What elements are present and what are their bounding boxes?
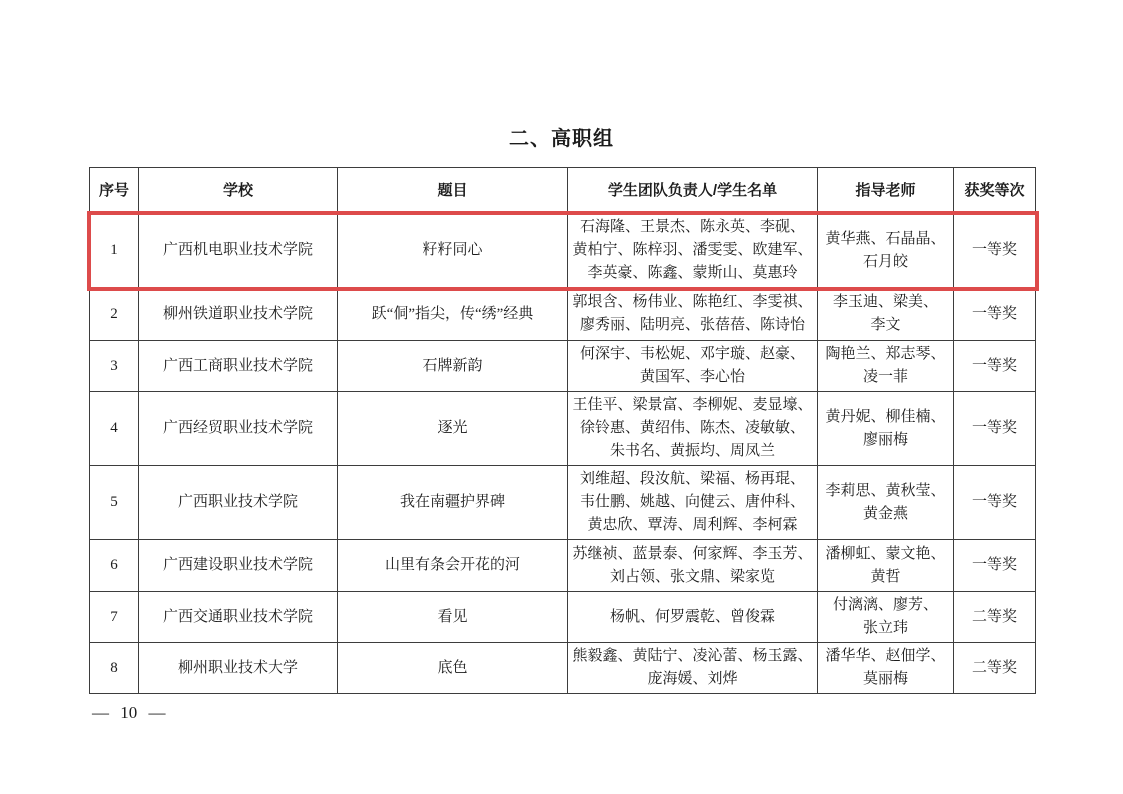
cell-award: 一等奖 [954,288,1036,341]
cell-no: 8 [90,643,139,694]
table-row: 6 广西建设职业技术学院 山里有条会开花的河 苏继祯、蓝景泰、何家辉、李玉芳、 … [90,540,1036,592]
header-teachers: 指导老师 [818,168,954,214]
header-students: 学生团队负责人/学生名单 [568,168,818,214]
cell-students: 王佳平、梁景富、李柳妮、麦显壕、 徐铃惠、黄绍伟、陈杰、凌敏敏、 朱书名、黄振均… [568,392,818,466]
cell-school: 广西建设职业技术学院 [139,540,338,592]
section-title: 二、高职组 [0,0,1123,152]
cell-students: 熊毅鑫、黄陆宁、凌沁蕾、杨玉露、 庞海媛、刘烨 [568,643,818,694]
cell-teachers: 黄丹妮、柳佳楠、 廖丽梅 [818,392,954,466]
cell-school: 广西经贸职业技术学院 [139,392,338,466]
cell-no: 4 [90,392,139,466]
cell-award: 一等奖 [954,341,1036,392]
cell-award: 一等奖 [954,466,1036,540]
cell-no: 6 [90,540,139,592]
cell-award: 二等奖 [954,643,1036,694]
cell-school: 广西交通职业技术学院 [139,592,338,643]
cell-students: 郭垠含、杨伟业、陈艳红、李雯祺、 廖秀丽、陆明亮、张蓓蓓、陈诗怡 [568,288,818,341]
cell-students: 何深宇、韦松妮、邓宇璇、赵豪、 黄国军、李心怡 [568,341,818,392]
cell-title: 山里有条会开花的河 [338,540,568,592]
cell-no: 1 [90,214,139,288]
cell-title: 跃“侗”指尖，传“绣”经典 [338,288,568,341]
cell-award: 一等奖 [954,540,1036,592]
table-row: 8 柳州职业技术大学 底色 熊毅鑫、黄陆宁、凌沁蕾、杨玉露、 庞海媛、刘烨 潘华… [90,643,1036,694]
cell-award: 一等奖 [954,392,1036,466]
cell-students: 杨帆、何罗震乾、曾俊霖 [568,592,818,643]
cell-no: 5 [90,466,139,540]
cell-no: 2 [90,288,139,341]
cell-teachers: 潘柳虹、蒙文艳、 黄哲 [818,540,954,592]
cell-school: 柳州职业技术大学 [139,643,338,694]
cell-no: 3 [90,341,139,392]
cell-school: 柳州铁道职业技术学院 [139,288,338,341]
table-row: 5 广西职业技术学院 我在南疆护界碑 刘维超、段汝航、梁福、杨再琨、 韦仕鹏、姚… [90,466,1036,540]
cell-title: 看见 [338,592,568,643]
cell-award: 一等奖 [954,214,1036,288]
cell-students: 苏继祯、蓝景泰、何家辉、李玉芳、 刘占领、张文鼎、梁家览 [568,540,818,592]
cell-school: 广西机电职业技术学院 [139,214,338,288]
page-number: — 10 — [92,703,166,723]
cell-school: 广西职业技术学院 [139,466,338,540]
table-row: 3 广西工商职业技术学院 石牌新韵 何深宇、韦松妮、邓宇璇、赵豪、 黄国军、李心… [90,341,1036,392]
cell-teachers: 李莉思、黄秋莹、 黄金燕 [818,466,954,540]
cell-title: 底色 [338,643,568,694]
header-award: 获奖等次 [954,168,1036,214]
cell-award: 二等奖 [954,592,1036,643]
cell-teachers: 付漓漓、廖芳、 张立玮 [818,592,954,643]
table-row: 2 柳州铁道职业技术学院 跃“侗”指尖，传“绣”经典 郭垠含、杨伟业、陈艳红、李… [90,288,1036,341]
table-row: 7 广西交通职业技术学院 看见 杨帆、何罗震乾、曾俊霖 付漓漓、廖芳、 张立玮 … [90,592,1036,643]
cell-teachers: 潘华华、赵佃学、 莫丽梅 [818,643,954,694]
header-school: 学校 [139,168,338,214]
header-title: 题目 [338,168,568,214]
table-row: 1 广西机电职业技术学院 籽籽同心 石海隆、王景杰、陈永英、李砚、 黄柏宁、陈梓… [90,214,1036,288]
cell-students: 石海隆、王景杰、陈永英、李砚、 黄柏宁、陈梓羽、潘雯雯、欧建军、 李英豪、陈鑫、… [568,214,818,288]
cell-title: 石牌新韵 [338,341,568,392]
cell-students: 刘维超、段汝航、梁福、杨再琨、 韦仕鹏、姚越、向健云、唐仲科、 黄忠欣、覃涛、周… [568,466,818,540]
cell-title: 籽籽同心 [338,214,568,288]
awards-table: 序号 学校 题目 学生团队负责人/学生名单 指导老师 获奖等次 1 广西机电职业… [89,167,1036,694]
header-no: 序号 [90,168,139,214]
document-page: 二、高职组 序号 学校 题目 学生团队负责人/学生名单 指导老师 获奖等次 1 … [0,0,1123,794]
cell-school: 广西工商职业技术学院 [139,341,338,392]
cell-no: 7 [90,592,139,643]
cell-teachers: 李玉迪、梁美、 李文 [818,288,954,341]
cell-teachers: 黄华燕、石晶晶、 石月皎 [818,214,954,288]
cell-title: 逐光 [338,392,568,466]
table-row: 4 广西经贸职业技术学院 逐光 王佳平、梁景富、李柳妮、麦显壕、 徐铃惠、黄绍伟… [90,392,1036,466]
cell-title: 我在南疆护界碑 [338,466,568,540]
cell-teachers: 陶艳兰、郑志琴、 凌一菲 [818,341,954,392]
table-header-row: 序号 学校 题目 学生团队负责人/学生名单 指导老师 获奖等次 [90,168,1036,214]
